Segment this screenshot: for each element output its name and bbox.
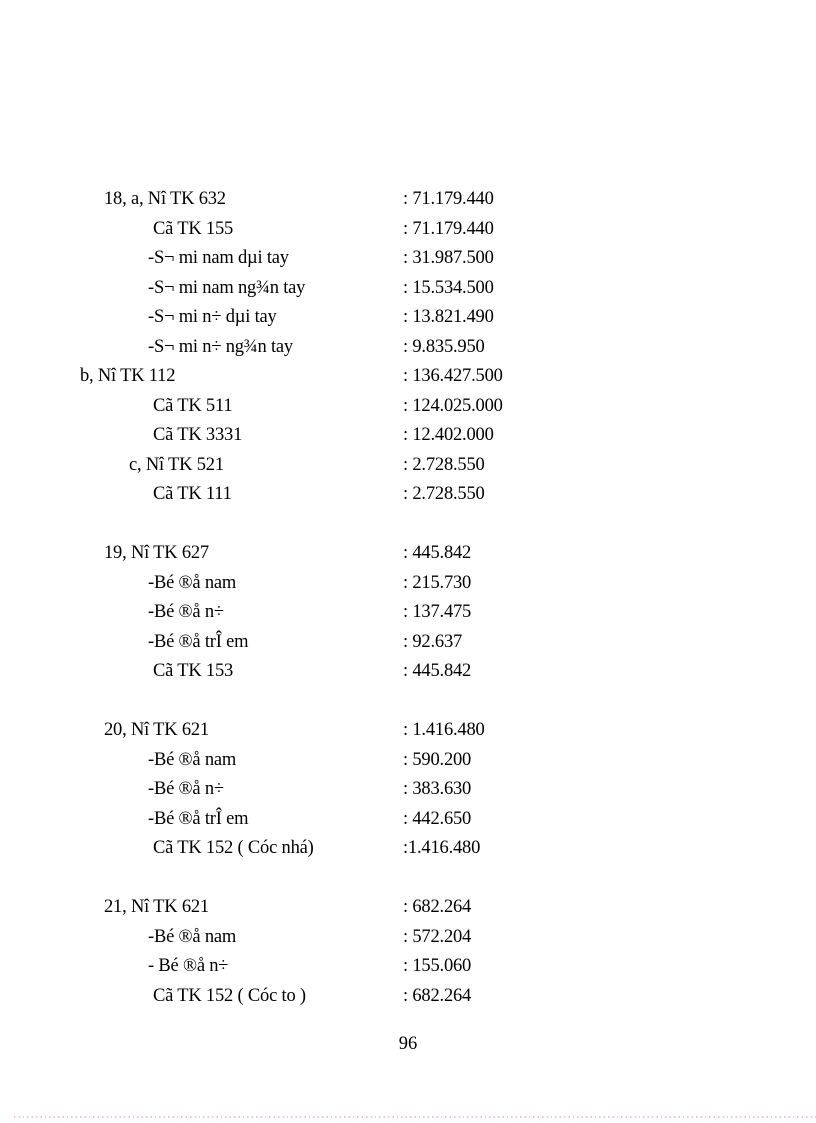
blank-line bbox=[0, 510, 816, 540]
entry-value: : 215.730 bbox=[403, 569, 471, 599]
entry-row: b, Nî TK 112: 136.427.500 bbox=[0, 362, 816, 392]
entry-value: : 137.475 bbox=[403, 598, 471, 628]
entry-row: 18, a, Nî TK 632: 71.179.440 bbox=[0, 185, 816, 215]
entry-row: -S¬ mi nam ng¾n tay: 15.534.500 bbox=[0, 274, 816, 304]
entry-value: : 445.842 bbox=[403, 539, 471, 569]
entry-label: 21, Nî TK 621 bbox=[104, 893, 209, 923]
entry-label: Cã TK 511 bbox=[153, 392, 232, 422]
entry-row: 19, Nî TK 627: 445.842 bbox=[0, 539, 816, 569]
entry-row: -Bé ®å nam: 215.730 bbox=[0, 569, 816, 599]
entry-label: Cã TK 152 ( Cóc nhá) bbox=[153, 834, 314, 864]
entry-row: 20, Nî TK 621: 1.416.480 bbox=[0, 716, 816, 746]
entry-label: Cã TK 153 bbox=[153, 657, 233, 687]
entry-row: -S¬ mi nam dµi tay: 31.987.500 bbox=[0, 244, 816, 274]
entry-label: -Bé ®å trÎ em bbox=[148, 628, 248, 658]
entry-label: -S¬ mi nam ng¾n tay bbox=[148, 274, 305, 304]
entry-label: b, Nî TK 112 bbox=[80, 362, 175, 392]
entry-label: -Bé ®å nam bbox=[148, 746, 236, 776]
entry-label: c, Nî TK 521 bbox=[129, 451, 224, 481]
blank-line bbox=[0, 687, 816, 717]
entry-label: -S¬ mi n÷ ng¾n tay bbox=[148, 333, 293, 363]
entry-label: Cã TK 111 bbox=[153, 480, 232, 510]
entry-value: : 92.637 bbox=[403, 628, 462, 658]
entry-row: -Bé ®å trÎ em: 92.637 bbox=[0, 628, 816, 658]
entry-label: -S¬ mi nam dµi tay bbox=[148, 244, 289, 274]
entry-value: : 682.264 bbox=[403, 982, 471, 1012]
entry-value: : 1.416.480 bbox=[403, 716, 485, 746]
entry-value: : 13.821.490 bbox=[403, 303, 494, 333]
entry-value: : 2.728.550 bbox=[403, 480, 485, 510]
entry-value: : 155.060 bbox=[403, 952, 471, 982]
entry-label: -Bé ®å nam bbox=[148, 923, 236, 953]
entry-row: - Bé ®å n÷: 155.060 bbox=[0, 952, 816, 982]
entry-value: : 31.987.500 bbox=[403, 244, 494, 274]
entry-value: : 442.650 bbox=[403, 805, 471, 835]
entry-value: : 124.025.000 bbox=[403, 392, 503, 422]
entry-row: Cã TK 152 ( Cóc to ): 682.264 bbox=[0, 982, 816, 1012]
entry-label: Cã TK 3331 bbox=[153, 421, 242, 451]
entry-value: : 445.842 bbox=[403, 657, 471, 687]
document-body: 18, a, Nî TK 632: 71.179.440Cã TK 155: 7… bbox=[0, 185, 816, 1011]
entry-label: -Bé ®å trÎ em bbox=[148, 805, 248, 835]
entry-label: - Bé ®å n÷ bbox=[148, 952, 228, 982]
entry-row: 21, Nî TK 621: 682.264 bbox=[0, 893, 816, 923]
bottom-dotted-line bbox=[14, 1116, 816, 1118]
entry-value: : 682.264 bbox=[403, 893, 471, 923]
entry-row: Cã TK 155: 71.179.440 bbox=[0, 215, 816, 245]
entry-value: : 15.534.500 bbox=[403, 274, 494, 304]
entry-value: : 71.179.440 bbox=[403, 185, 494, 215]
entry-row: Cã TK 152 ( Cóc nhá):1.416.480 bbox=[0, 834, 816, 864]
entry-row: -Bé ®å n÷: 383.630 bbox=[0, 775, 816, 805]
entry-value: : 136.427.500 bbox=[403, 362, 503, 392]
entry-label: -Bé ®å nam bbox=[148, 569, 236, 599]
entry-label: 20, Nî TK 621 bbox=[104, 716, 209, 746]
entry-label: Cã TK 152 ( Cóc to ) bbox=[153, 982, 306, 1012]
entry-row: -S¬ mi n÷ dµi tay: 13.821.490 bbox=[0, 303, 816, 333]
document-page: 18, a, Nî TK 632: 71.179.440Cã TK 155: 7… bbox=[0, 0, 816, 1123]
page-number: 96 bbox=[0, 1029, 816, 1059]
entry-value: : 71.179.440 bbox=[403, 215, 494, 245]
entry-row: -Bé ®å trÎ em: 442.650 bbox=[0, 805, 816, 835]
entry-value: : 383.630 bbox=[403, 775, 471, 805]
entry-value: :1.416.480 bbox=[403, 834, 480, 864]
entry-row: Cã TK 511: 124.025.000 bbox=[0, 392, 816, 422]
entry-label: -S¬ mi n÷ dµi tay bbox=[148, 303, 277, 333]
entry-label: 18, a, Nî TK 632 bbox=[104, 185, 226, 215]
entry-label: 19, Nî TK 627 bbox=[104, 539, 209, 569]
entry-value: : 9.835.950 bbox=[403, 333, 485, 363]
entry-row: -Bé ®å nam: 572.204 bbox=[0, 923, 816, 953]
entry-row: -S¬ mi n÷ ng¾n tay: 9.835.950 bbox=[0, 333, 816, 363]
entry-value: : 572.204 bbox=[403, 923, 471, 953]
entry-row: Cã TK 3331: 12.402.000 bbox=[0, 421, 816, 451]
entry-value: : 2.728.550 bbox=[403, 451, 485, 481]
entry-row: c, Nî TK 521: 2.728.550 bbox=[0, 451, 816, 481]
entry-row: -Bé ®å nam: 590.200 bbox=[0, 746, 816, 776]
entry-value: : 590.200 bbox=[403, 746, 471, 776]
entry-row: Cã TK 153: 445.842 bbox=[0, 657, 816, 687]
entry-label: -Bé ®å n÷ bbox=[148, 775, 224, 805]
entry-label: -Bé ®å n÷ bbox=[148, 598, 224, 628]
entry-row: Cã TK 111: 2.728.550 bbox=[0, 480, 816, 510]
entry-label: Cã TK 155 bbox=[153, 215, 233, 245]
entry-row: -Bé ®å n÷: 137.475 bbox=[0, 598, 816, 628]
blank-line bbox=[0, 864, 816, 894]
entry-value: : 12.402.000 bbox=[403, 421, 494, 451]
